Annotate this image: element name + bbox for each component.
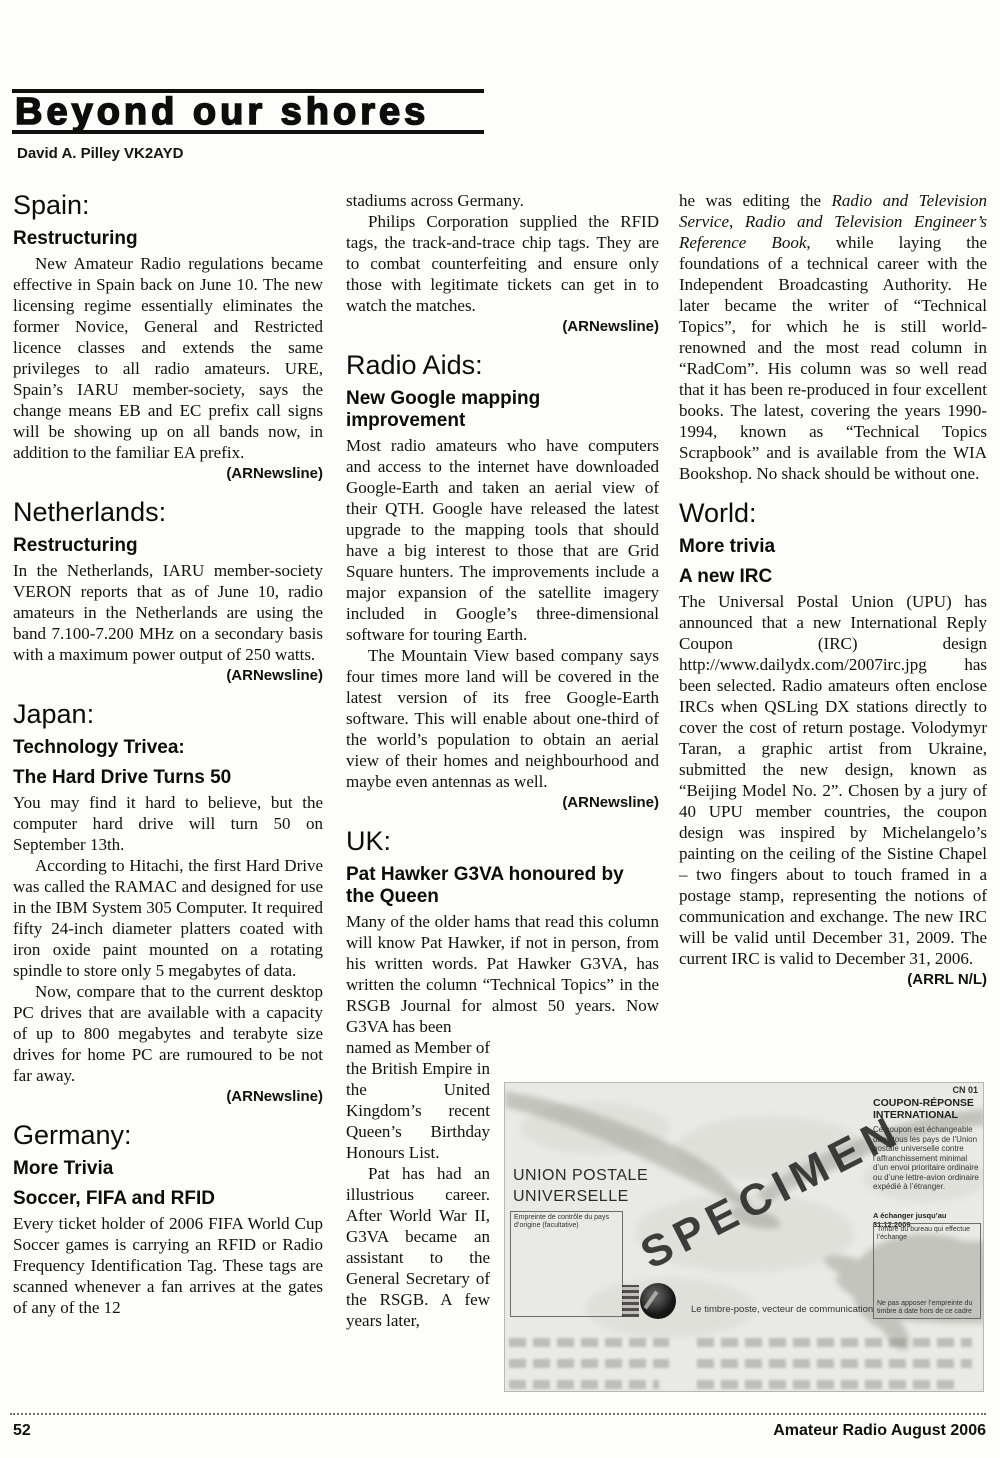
attribution-arnewsline: (ARNewsline) [346,794,659,812]
upu-name-line1: UNION POSTALE [513,1167,648,1185]
footer-divider [10,1413,986,1415]
paragraph-pat-narrow-2: Pat has had an illustrious career. After… [346,1163,490,1331]
section-heading-spain: Spain: [13,190,323,220]
page-bleed-through-text [697,1338,972,1347]
subheading-restructuring-spain: Restructuring [13,228,323,250]
page-bleed-through-text [509,1380,659,1389]
paragraph-irc: The Universal Postal Union (UPU) has ann… [679,591,987,969]
paragraph-soccer: Every ticket holder of 2006 FIFA World C… [13,1213,323,1318]
paragraph-hdd-1: You may find it hard to believe, but the… [13,792,323,855]
paragraph-hdd-2: According to Hitachi, the first Hard Dri… [13,855,323,981]
paragraph-netherlands: In the Netherlands, IARU member-society … [13,560,323,665]
journal-title-date: Amateur Radio August 2006 [773,1422,986,1440]
attribution-arnewsline: (ARNewsline) [13,465,323,483]
stamp-ornament [622,1285,639,1317]
subheading-pat-hawker: Pat Hawker G3VA honoured by the Queen [346,864,626,908]
page-title: Beyond our shores [15,91,429,134]
paragraph-google-1: Most radio amateurs who have computers a… [346,435,659,645]
subheading-more-trivia-world: More trivia [679,536,987,558]
section-heading-japan: Japan: [13,699,323,729]
magazine-page: Beyond our shores David A. Pilley VK2AYD… [0,0,1000,1458]
column-3: he was editing the Radio and Television … [679,190,987,999]
paragraph-hdd-3: Now, compare that to the current desktop… [13,981,323,1086]
section-heading-netherlands: Netherlands: [13,497,323,527]
irc-coupon-image: CN 01 COUPON-RÉPONSE INTERNATIONAL Ce co… [504,1082,984,1392]
subheading-hard-drive: The Hard Drive Turns 50 [13,767,323,789]
author-byline: David A. Pilley VK2AYD [17,145,183,162]
subheading-google-mapping: New Google mapping improvement [346,388,626,432]
paragraph-pat-narrow-1: named as Member of the British Empire in… [346,1037,490,1163]
narrow-text-column: named as Member of the British Empire in… [346,1037,490,1331]
coupon-caption: Le timbre-poste, vecteur de communicatio… [691,1304,921,1315]
subheading-restructuring-netherlands: Restructuring [13,535,323,557]
control-imprint-box: Empreinte de contrôle du pays d’origine … [510,1211,623,1317]
masthead-rule-bottom [12,130,484,134]
paragraph-pat-wide: Many of the older hams that read this co… [346,911,659,1037]
section-heading-world: World: [679,498,987,528]
paragraph-stadiums: stadiums across Germany. [346,190,659,211]
text-run: , while laying the foundations of a tech… [679,233,987,483]
page-bleed-through-text [509,1338,669,1347]
subheading-more-trivia: More Trivia [13,1158,323,1180]
coupon-code-label: CN 01 [952,1085,978,1095]
column-1: Spain: Restructuring New Amateur Radio r… [13,190,323,1318]
section-heading-radio-aids: Radio Aids: [346,350,659,380]
attribution-arnewsline: (ARNewsline) [13,667,323,685]
text-run: , [729,212,745,231]
attribution-arnewsline: (ARNewsline) [13,1088,323,1106]
paragraph-google-2: The Mountain View based company says fou… [346,645,659,792]
stamp-box-right-label: Timbre du bureau qui effectue l’échange [877,1226,977,1242]
page-bleed-through-text [697,1359,972,1368]
attribution-arrl: (ARRL N/L) [679,971,987,989]
attribution-arnewsline: (ARNewsline) [346,318,659,336]
page-bleed-through-text [509,1359,669,1368]
section-heading-germany: Germany: [13,1120,323,1150]
text-run: he was editing the [679,191,832,210]
control-imprint-label: Empreinte de contrôle du pays d’origine … [514,1214,619,1230]
subheading-technology-trivea: Technology Trivea: [13,737,323,759]
section-heading-uk: UK: [346,826,659,856]
page-number: 52 [13,1422,31,1440]
globe-stamp-icon [640,1283,676,1319]
upu-name-line2: UNIVERSELLE [513,1188,629,1206]
paragraph-philips: Philips Corporation supplied the RFID ta… [346,211,659,316]
subheading-soccer-fifa-rfid: Soccer, FIFA and RFID [13,1188,323,1210]
paragraph-pat-career: he was editing the Radio and Television … [679,190,987,484]
coupon-title-line1: COUPON-RÉPONSE [873,1097,983,1109]
page-bleed-through-text [697,1380,957,1389]
subheading-a-new-irc: A new IRC [679,566,987,588]
paragraph-spain: New Amateur Radio regulations became eff… [13,253,323,463]
